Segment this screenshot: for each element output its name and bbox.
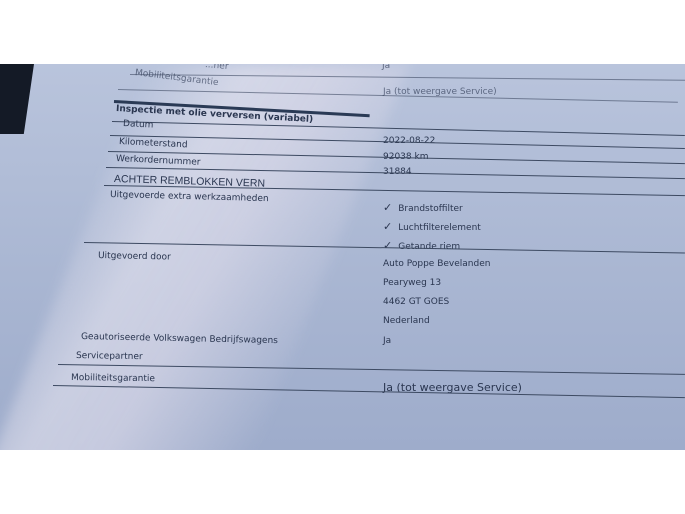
servicepartner-label: Servicepartner [76,351,143,362]
extra-item: ✓Getande riem [383,239,460,252]
partial-value: Ja [382,64,390,71]
performed-by-label: Uitgevoerd door [98,251,171,263]
authorized-value: Ja [383,336,391,346]
background-edge [0,64,34,134]
checkmark-icon: ✓ [383,201,392,214]
checkmark-icon: ✓ [383,220,392,233]
dealer-street: Pearyweg 13 [383,278,441,288]
extra-item: ✓Luchtfilterelement [383,220,481,233]
checkmark-icon: ✓ [383,239,392,252]
mobility-label: Mobiliteitsgarantie [71,373,155,384]
date-label: Datum [123,119,154,131]
light-glare [0,64,410,450]
dealer-city: 4462 GT GOES [383,297,449,307]
document-photo: ...ner Ja Mobiliteitsgarantie Ja (tot we… [0,64,685,450]
dealer-name: Auto Poppe Bevelanden [383,259,490,269]
extra-item: ✓Brandstoffilter [383,201,463,214]
dealer-country: Nederland [383,316,430,326]
